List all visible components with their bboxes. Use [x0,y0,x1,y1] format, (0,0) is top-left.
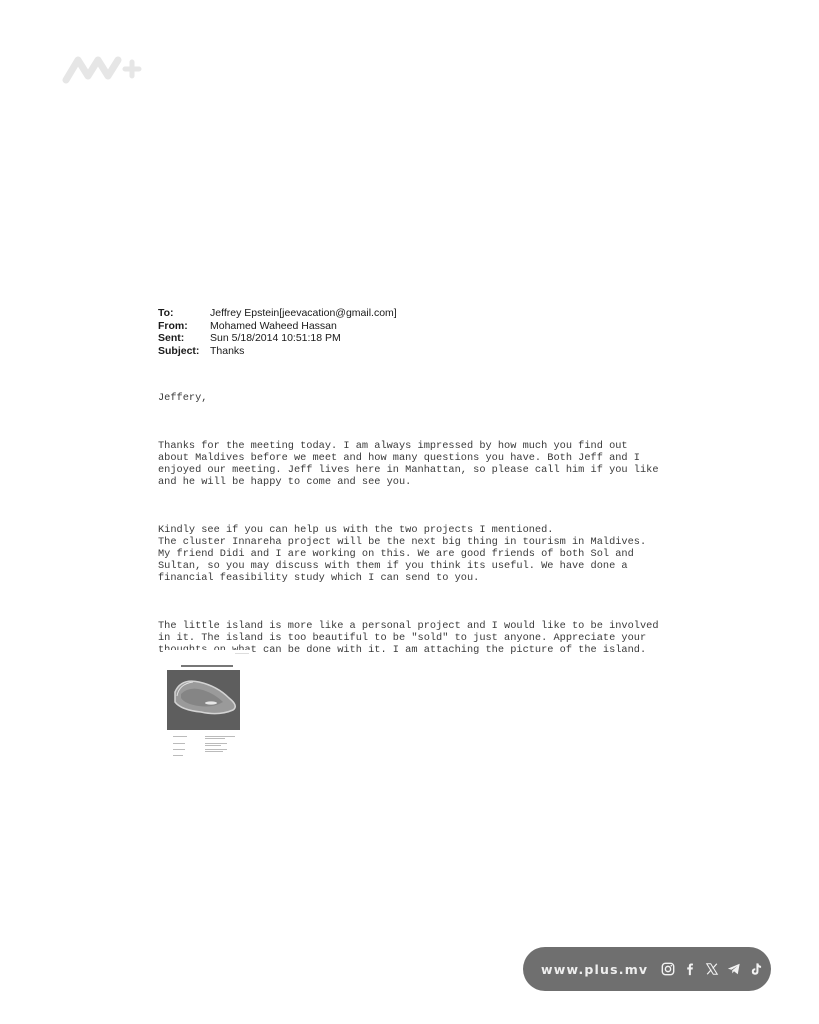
telegram-icon[interactable] [726,962,741,977]
attachment-caption-line [205,751,223,752]
subject-value: Thanks [210,345,244,358]
website-link[interactable]: www.plus.mv [541,962,648,977]
subject-label: Subject: [158,345,210,358]
header-row-subject: Subject: Thanks [158,345,397,358]
attachment-caption-line [173,749,185,750]
to-label: To: [158,307,210,320]
attachment-caption-line [173,736,187,737]
email-greeting: Jeffery, [158,392,659,404]
island-aerial-photo [167,670,240,730]
from-label: From: [158,320,210,333]
tiktok-icon[interactable] [748,962,763,977]
attachment-caption-line [205,745,221,746]
sent-label: Sent: [158,332,210,345]
attachment-page-mark [235,653,249,654]
attachment-caption-line [205,743,227,744]
attachment-caption-line [205,736,235,737]
attachment-caption-line [205,749,227,750]
header-row-from: From: Mohamed Waheed Hassan [158,320,397,333]
social-icons [660,962,763,977]
header-row-to: To: Jeffrey Epstein[jeevacation@gmail.co… [158,307,397,320]
attachment-caption-line [173,755,183,756]
attachment-caption-line [205,738,225,739]
email-body: Jeffery, Thanks for the meeting today. I… [158,368,659,680]
x-icon[interactable] [704,962,719,977]
attachment-title [181,665,233,667]
email-paragraph: Kindly see if you can help us with the t… [158,524,659,584]
footer-badge: www.plus.mv [523,947,771,991]
facebook-icon[interactable] [682,962,697,977]
to-value: Jeffrey Epstein[jeevacation@gmail.com] [210,307,397,320]
sent-value: Sun 5/18/2014 10:51:18 PM [210,332,341,345]
header-row-sent: Sent: Sun 5/18/2014 10:51:18 PM [158,332,397,345]
instagram-icon[interactable] [660,962,675,977]
brand-logo [62,52,152,86]
email-header: To: Jeffrey Epstein[jeevacation@gmail.co… [158,307,397,357]
attachment-caption-line [173,743,185,744]
island-picture-attachment [163,650,251,762]
email-paragraph: Thanks for the meeting today. I am alway… [158,440,659,488]
from-value: Mohamed Waheed Hassan [210,320,337,333]
